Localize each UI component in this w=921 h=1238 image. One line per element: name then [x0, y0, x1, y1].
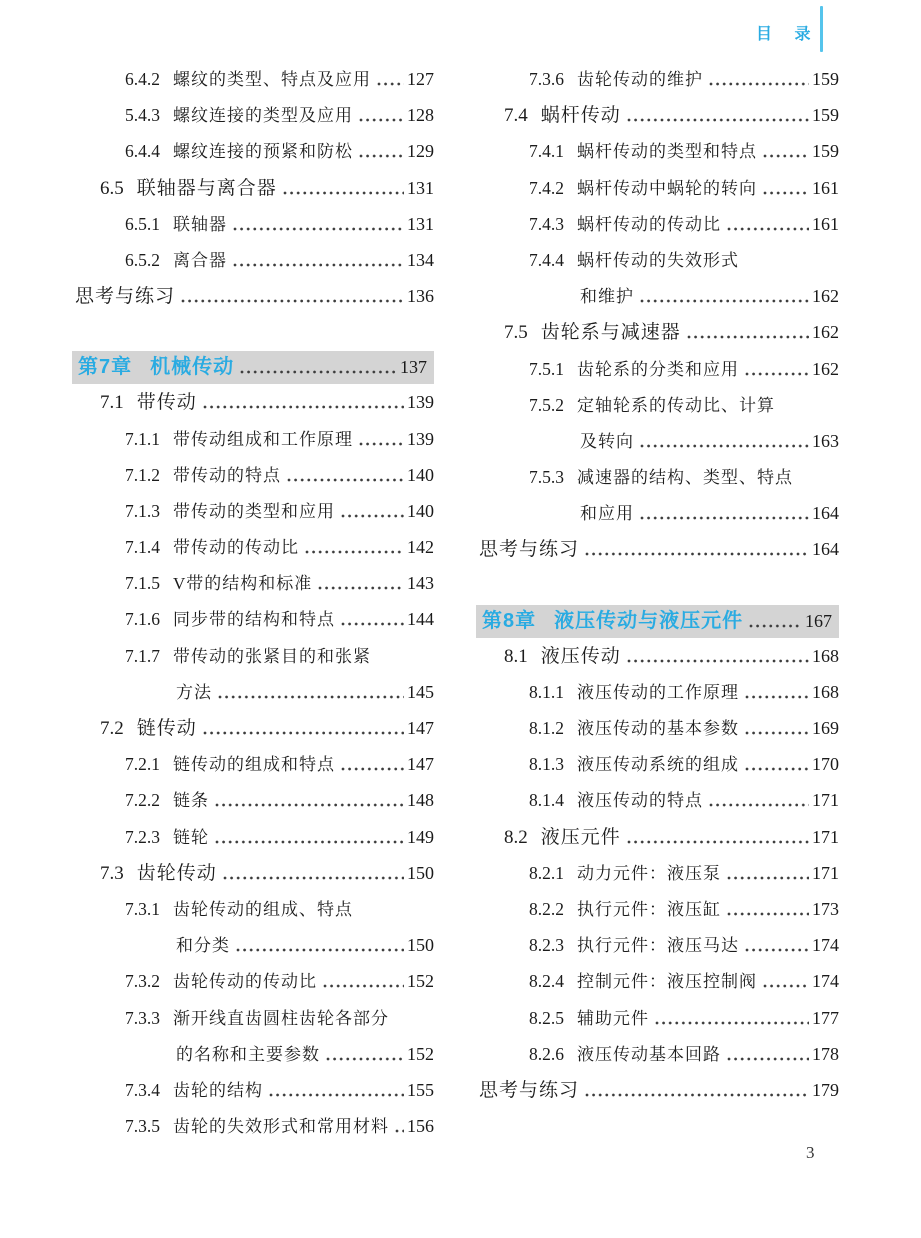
entry-number: 7.3.2 [125, 963, 160, 999]
entry-title: 带传动组成和工作原理 [173, 422, 353, 458]
dot-leader [341, 601, 404, 637]
dot-leader [709, 61, 809, 97]
entry-title: 蜗杆传动中蜗轮的转向 [577, 171, 757, 207]
entry-page-number: 152 [407, 963, 434, 999]
toc-entry-row: 7.1.1 带传动组成和工作原理 139 [72, 421, 434, 457]
entry-number: 7.2.3 [125, 819, 160, 855]
entry-title: 液压传动系统的组成 [577, 747, 739, 783]
entry-page-number: 150 [407, 927, 434, 963]
entry-title: 齿轮传动 [137, 856, 217, 892]
toc-entry-row: 8.2.6 液压传动基本回路 178 [476, 1036, 839, 1072]
entry-title: 定轴轮系的传动比、计算 [577, 388, 775, 424]
entry-title: 蜗杆传动 [541, 98, 621, 134]
toc-entry-row: 7.1.2 带传动的特点 140 [72, 457, 434, 493]
entry-number: 7.4.4 [529, 242, 564, 278]
entry-title: 液压元件 [541, 820, 621, 856]
entry-number: 7.4 [504, 98, 528, 134]
dot-leader [326, 1036, 404, 1072]
entry-page-number: 161 [812, 206, 839, 242]
entry-number: 8.1.2 [529, 710, 564, 746]
entry-page-number: 143 [407, 565, 434, 601]
entry-title: 蜗杆传动的传动比 [577, 207, 721, 243]
toc-entry-row: 8.1.3 液压传动系统的组成 170 [476, 746, 839, 782]
entry-page-number: 145 [407, 674, 434, 710]
entry-title: 思考与练习 [75, 279, 175, 315]
entry-title: 链轮 [173, 820, 209, 856]
entry-page-number: 140 [407, 493, 434, 529]
entry-title: 液压传动的工作原理 [577, 675, 739, 711]
dot-leader [640, 278, 809, 314]
toc-entry-row: 方法 145 [72, 674, 434, 710]
entry-number: 6.5 [100, 171, 124, 207]
toc-entry-row: 和维护 162 [476, 278, 839, 314]
dot-leader [323, 963, 404, 999]
toc-entry-row: 及转向 163 [476, 423, 839, 459]
entry-page-number: 173 [812, 891, 839, 927]
entry-number: 8.2 [504, 820, 528, 856]
toc-entry-row: 7.1.4 带传动的传动比 142 [72, 529, 434, 565]
toc-entry-row: 7.5 齿轮系与减速器 162 [476, 314, 839, 350]
entry-number: 7.3.1 [125, 891, 160, 927]
dot-leader [203, 384, 404, 420]
entry-page-number: 142 [407, 529, 434, 565]
entry-title: 齿轮传动的组成、特点 [173, 892, 353, 928]
entry-number: 7.4.3 [529, 206, 564, 242]
dot-leader [359, 421, 404, 457]
entry-page-number: 163 [812, 423, 839, 459]
entry-number: 8.2.5 [529, 1000, 564, 1036]
entry-title: 螺纹的类型、特点及应用 [173, 62, 371, 98]
entry-number: 7.3 [100, 856, 124, 892]
entry-page-number: 174 [812, 963, 839, 999]
dot-leader [341, 746, 404, 782]
toc-entry-row: 7.4.2 蜗杆传动中蜗轮的转向 161 [476, 170, 839, 206]
dot-leader [749, 605, 802, 638]
toc-entry-row: 8.2 液压元件 171 [476, 819, 839, 855]
entry-title: 带传动的类型和应用 [173, 494, 335, 530]
entry-page-number: 169 [812, 710, 839, 746]
toc-entry-row: 7.3.4 齿轮的结构 155 [72, 1072, 434, 1108]
toc-entry-row: 6.4.2 螺纹的类型、特点及应用 127 [72, 61, 434, 97]
toc-entry-row: 8.1.4 液压传动的特点 171 [476, 782, 839, 818]
entry-title: 和应用 [580, 496, 634, 532]
entry-title: 执行元件：液压马达 [577, 928, 739, 964]
toc-entry-row: 6.5.2 离合器 134 [72, 242, 434, 278]
entry-number: 7.1.5 [125, 565, 160, 601]
toc-entry-row: 7.2.2 链条 148 [72, 782, 434, 818]
entry-page-number: 170 [812, 746, 839, 782]
toc-entry-row: 5.4.3 螺纹连接的类型及应用 128 [72, 97, 434, 133]
entry-number: 7.1.2 [125, 457, 160, 493]
toc-column-left: 6.4.2 螺纹的类型、特点及应用 127 5.4.3 螺纹连接的类型及应用 1… [72, 61, 434, 1144]
toc-entry-row: 7.1.6 同步带的结构和特点 144 [72, 601, 434, 637]
entry-title: 齿轮的结构 [173, 1073, 263, 1109]
running-head-title: 目 录 [756, 21, 819, 44]
dot-leader [181, 278, 404, 314]
toc-entry-row: 7.2.3 链轮 149 [72, 819, 434, 855]
toc-entry-row: 7.3 齿轮传动 150 [72, 855, 434, 891]
entry-page-number: 137 [400, 351, 427, 384]
entry-title: 思考与练习 [479, 532, 579, 568]
toc-entry-row: 7.3.5 齿轮的失效形式和常用材料 156 [72, 1108, 434, 1144]
entry-number: 7.3.5 [125, 1108, 160, 1144]
entry-page-number: 171 [812, 819, 839, 855]
entry-title: 齿轮传动的传动比 [173, 964, 317, 1000]
entry-title: 螺纹连接的类型及应用 [173, 98, 353, 134]
entry-page-number: 129 [407, 133, 434, 169]
entry-page-number: 168 [812, 674, 839, 710]
toc-entry-row: 7.1 带传动 139 [72, 384, 434, 420]
entry-page-number: 147 [407, 746, 434, 782]
toc-entry-row: 7.3.3 渐开线直齿圆柱齿轮各部分 [72, 1000, 434, 1036]
entry-title: 带传动的特点 [173, 458, 281, 494]
toc-entry-row: 和分类 150 [72, 927, 434, 963]
entry-number: 6.5.2 [125, 242, 160, 278]
entry-title: 思考与练习 [479, 1073, 579, 1109]
entry-page-number: 127 [407, 61, 434, 97]
entry-title: 齿轮的失效形式和常用材料 [173, 1109, 389, 1145]
entry-number: 5.4.3 [125, 97, 160, 133]
toc-entry-row: 思考与练习 164 [476, 531, 839, 567]
entry-number: 7.1.4 [125, 529, 160, 565]
dot-leader [218, 674, 404, 710]
entry-number: 7.4.1 [529, 133, 564, 169]
dot-leader [627, 819, 809, 855]
entry-page-number: 162 [812, 278, 839, 314]
entry-title: 链传动 [137, 711, 197, 747]
entry-number: 7.3.6 [529, 61, 564, 97]
toc-entry-row: 7.2 链传动 147 [72, 710, 434, 746]
toc-entry-row: 6.4.4 螺纹连接的预紧和防松 129 [72, 133, 434, 169]
toc-entry-row: 思考与练习 179 [476, 1072, 839, 1108]
entry-number: 8.1.4 [529, 782, 564, 818]
entry-page-number: 164 [812, 495, 839, 531]
entry-number: 6.5.1 [125, 206, 160, 242]
dot-leader [627, 97, 809, 133]
entry-number: 7.5.3 [529, 459, 564, 495]
entry-number: 6.4.2 [125, 61, 160, 97]
entry-number: 7.3.4 [125, 1072, 160, 1108]
dot-leader [233, 206, 404, 242]
dot-leader [640, 423, 809, 459]
entry-page-number: 147 [407, 710, 434, 746]
dot-leader [727, 206, 809, 242]
dot-leader [305, 529, 404, 565]
entry-page-number: 134 [407, 242, 434, 278]
entry-title: 齿轮系的分类和应用 [577, 352, 739, 388]
toc-entry-row: 7.5.2 定轴轮系的传动比、计算 [476, 387, 839, 423]
entry-number: 7.1 [100, 385, 124, 421]
entry-page-number: 171 [812, 782, 839, 818]
entry-title: 渐开线直齿圆柱齿轮各部分 [173, 1001, 389, 1037]
toc-entry-row: 7.2.1 链传动的组成和特点 147 [72, 746, 434, 782]
toc-entry-row: 7.4.1 蜗杆传动的类型和特点 159 [476, 133, 839, 169]
toc-entry-row: 8.2.3 执行元件：液压马达 174 [476, 927, 839, 963]
entry-title: 辅助元件 [577, 1001, 649, 1037]
entry-number: 7.5.1 [529, 351, 564, 387]
dot-leader [585, 531, 809, 567]
toc-entry-row: 8.2.4 控制元件：液压控制阀 174 [476, 963, 839, 999]
entry-title: 带传动的张紧目的和张紧 [173, 639, 371, 675]
entry-page-number: 162 [812, 314, 839, 350]
entry-number: 6.4.4 [125, 133, 160, 169]
toc-entry-row: 7.4 蜗杆传动 159 [476, 97, 839, 133]
entry-title: 蜗杆传动的类型和特点 [577, 134, 757, 170]
entry-title: 方法 [176, 675, 212, 711]
entry-page-number: 159 [812, 97, 839, 133]
entry-title: 动力元件：液压泵 [577, 856, 721, 892]
toc-entry-row: 7.4.4 蜗杆传动的失效形式 [476, 242, 839, 278]
dot-leader [745, 927, 809, 963]
dot-leader [727, 891, 809, 927]
entry-number: 7.5.2 [529, 387, 564, 423]
dot-leader [745, 351, 809, 387]
entry-page-number: 148 [407, 782, 434, 818]
entry-page-number: 159 [812, 133, 839, 169]
entry-title: 和维护 [580, 279, 634, 315]
toc-entry-row: 8.2.1 动力元件：液压泵 171 [476, 855, 839, 891]
entry-title: V带的结构和标准 [173, 566, 312, 602]
entry-number: 7.1.3 [125, 493, 160, 529]
toc-column-right: 7.3.6 齿轮传动的维护 159 7.4 蜗杆传动 159 7.4.1 蜗杆传… [476, 61, 839, 1108]
header-divider-line [820, 6, 823, 52]
entry-number: 8.2.3 [529, 927, 564, 963]
toc-entry-row: 7.3.1 齿轮传动的组成、特点 [72, 891, 434, 927]
entry-number: 8.1.3 [529, 746, 564, 782]
entry-title: 带传动 [137, 385, 197, 421]
entry-page-number: 152 [407, 1036, 434, 1072]
toc-entry-row: 7.3.2 齿轮传动的传动比 152 [72, 963, 434, 999]
entry-number: 7.4.2 [529, 170, 564, 206]
dot-leader [223, 855, 404, 891]
toc-entry-row: 7.3.6 齿轮传动的维护 159 [476, 61, 839, 97]
dot-leader [283, 170, 404, 206]
toc-entry-row: 7.5.1 齿轮系的分类和应用 162 [476, 351, 839, 387]
entry-title: 齿轮系与减速器 [541, 315, 681, 351]
entry-page-number: 156 [407, 1108, 434, 1144]
dot-leader [585, 1072, 809, 1108]
dot-leader [763, 133, 809, 169]
entry-page-number: 171 [812, 855, 839, 891]
entry-page-number: 139 [407, 384, 434, 420]
dot-leader [203, 710, 404, 746]
entry-page-number: 131 [407, 170, 434, 206]
toc-entry-row: 思考与练习 136 [72, 278, 434, 314]
entry-title: 带传动的传动比 [173, 530, 299, 566]
entry-title: 控制元件：液压控制阀 [577, 964, 757, 1000]
dot-leader [240, 351, 397, 384]
toc-entry-row: 7.1.5 V带的结构和标准 143 [72, 565, 434, 601]
toc-entry-row: 第8章 液压传动与液压元件 167 [476, 605, 839, 638]
entry-number: 7.1.6 [125, 601, 160, 637]
toc-entry-row: 6.5.1 联轴器 131 [72, 206, 434, 242]
entry-number: 7.1.7 [125, 638, 160, 674]
toc-entry-row: 8.2.2 执行元件：液压缸 173 [476, 891, 839, 927]
entry-page-number: 136 [407, 278, 434, 314]
toc-entry-row: 8.1.2 液压传动的基本参数 169 [476, 710, 839, 746]
entry-title: 液压传动的特点 [577, 783, 703, 819]
dot-leader [655, 1000, 809, 1036]
entry-number: 7.2 [100, 711, 124, 747]
entry-page-number: 177 [812, 1000, 839, 1036]
entry-number: 7.5 [504, 315, 528, 351]
toc-entry-row: 6.5 联轴器与离合器 131 [72, 170, 434, 206]
toc-entry-row: 7.1.3 带传动的类型和应用 140 [72, 493, 434, 529]
toc-entry-row: 8.1 液压传动 168 [476, 638, 839, 674]
entry-number: 7.2.2 [125, 782, 160, 818]
dot-leader [745, 674, 809, 710]
toc-entry-row: 8.1.1 液压传动的工作原理 168 [476, 674, 839, 710]
entry-page-number: 159 [812, 61, 839, 97]
dot-leader [359, 97, 404, 133]
dot-leader [763, 170, 809, 206]
dot-leader [236, 927, 404, 963]
entry-page-number: 149 [407, 819, 434, 855]
entry-title: 离合器 [173, 243, 227, 279]
entry-title: 螺纹连接的预紧和防松 [173, 134, 353, 170]
entry-title: 液压传动的基本参数 [577, 711, 739, 747]
entry-page-number: 161 [812, 170, 839, 206]
toc-entry-row: 和应用 164 [476, 495, 839, 531]
entry-number: 7.1.1 [125, 421, 160, 457]
entry-page-number: 174 [812, 927, 839, 963]
entry-title: 联轴器 [173, 207, 227, 243]
entry-title: 齿轮传动的维护 [577, 62, 703, 98]
entry-page-number: 162 [812, 351, 839, 387]
entry-title: 的名称和主要参数 [176, 1037, 320, 1073]
entry-number: 8.2.1 [529, 855, 564, 891]
dot-leader [215, 819, 404, 855]
page-number: 3 [806, 1143, 815, 1163]
dot-leader [287, 457, 404, 493]
dot-leader [215, 782, 404, 818]
entry-title: 及转向 [580, 424, 634, 460]
entry-title: 液压传动基本回路 [577, 1037, 721, 1073]
entry-title: 联轴器与离合器 [137, 171, 277, 207]
dot-leader [377, 61, 404, 97]
entry-title: 链传动的组成和特点 [173, 747, 335, 783]
dot-leader [318, 565, 404, 601]
entry-title: 链条 [173, 783, 209, 819]
entry-page-number: 139 [407, 421, 434, 457]
entry-title: 和分类 [176, 928, 230, 964]
entry-number: 8.1.1 [529, 674, 564, 710]
toc-page: 目 录 6.4.2 螺纹的类型、特点及应用 127 5.4.3 螺纹连接的类型及… [0, 0, 921, 1238]
entry-page-number: 168 [812, 638, 839, 674]
entry-number: 8.1 [504, 639, 528, 675]
entry-page-number: 131 [407, 206, 434, 242]
dot-leader [627, 638, 809, 674]
toc-entry-row: 8.2.5 辅助元件 177 [476, 1000, 839, 1036]
dot-leader [709, 782, 809, 818]
toc-entry-row: 7.4.3 蜗杆传动的传动比 161 [476, 206, 839, 242]
toc-entry-row: 的名称和主要参数 152 [72, 1036, 434, 1072]
entry-page-number: 167 [805, 605, 832, 638]
entry-page-number: 179 [812, 1072, 839, 1108]
entry-page-number: 128 [407, 97, 434, 133]
dot-leader [395, 1108, 404, 1144]
dot-leader [640, 495, 809, 531]
entry-title: 机械传动 [150, 351, 234, 384]
dot-leader [359, 133, 404, 169]
entry-title: 蜗杆传动的失效形式 [577, 243, 739, 279]
entry-number: 8.2.4 [529, 963, 564, 999]
toc-entry-row: 7.5.3 减速器的结构、类型、特点 [476, 459, 839, 495]
dot-leader [745, 746, 809, 782]
entry-title: 液压传动与液压元件 [554, 605, 743, 638]
entry-page-number: 150 [407, 855, 434, 891]
entry-title: 执行元件：液压缸 [577, 892, 721, 928]
entry-title: 液压传动 [541, 639, 621, 675]
entry-page-number: 144 [407, 601, 434, 637]
entry-number: 第7章 [78, 351, 132, 384]
toc-entry-row: 7.1.7 带传动的张紧目的和张紧 [72, 638, 434, 674]
entry-number: 8.2.6 [529, 1036, 564, 1072]
entry-number: 7.2.1 [125, 746, 160, 782]
toc-entry-row: 第7章 机械传动 137 [72, 351, 434, 384]
dot-leader [727, 855, 809, 891]
entry-page-number: 178 [812, 1036, 839, 1072]
dot-leader [233, 242, 404, 278]
entry-page-number: 155 [407, 1072, 434, 1108]
dot-leader [341, 493, 404, 529]
dot-leader [687, 314, 809, 350]
entry-page-number: 164 [812, 531, 839, 567]
entry-title: 减速器的结构、类型、特点 [577, 460, 793, 496]
dot-leader [745, 710, 809, 746]
dot-leader [763, 963, 809, 999]
dot-leader [269, 1072, 404, 1108]
entry-page-number: 140 [407, 457, 434, 493]
entry-number: 8.2.2 [529, 891, 564, 927]
entry-title: 同步带的结构和特点 [173, 602, 335, 638]
entry-number: 7.3.3 [125, 1000, 160, 1036]
entry-number: 第8章 [482, 605, 536, 638]
dot-leader [727, 1036, 809, 1072]
